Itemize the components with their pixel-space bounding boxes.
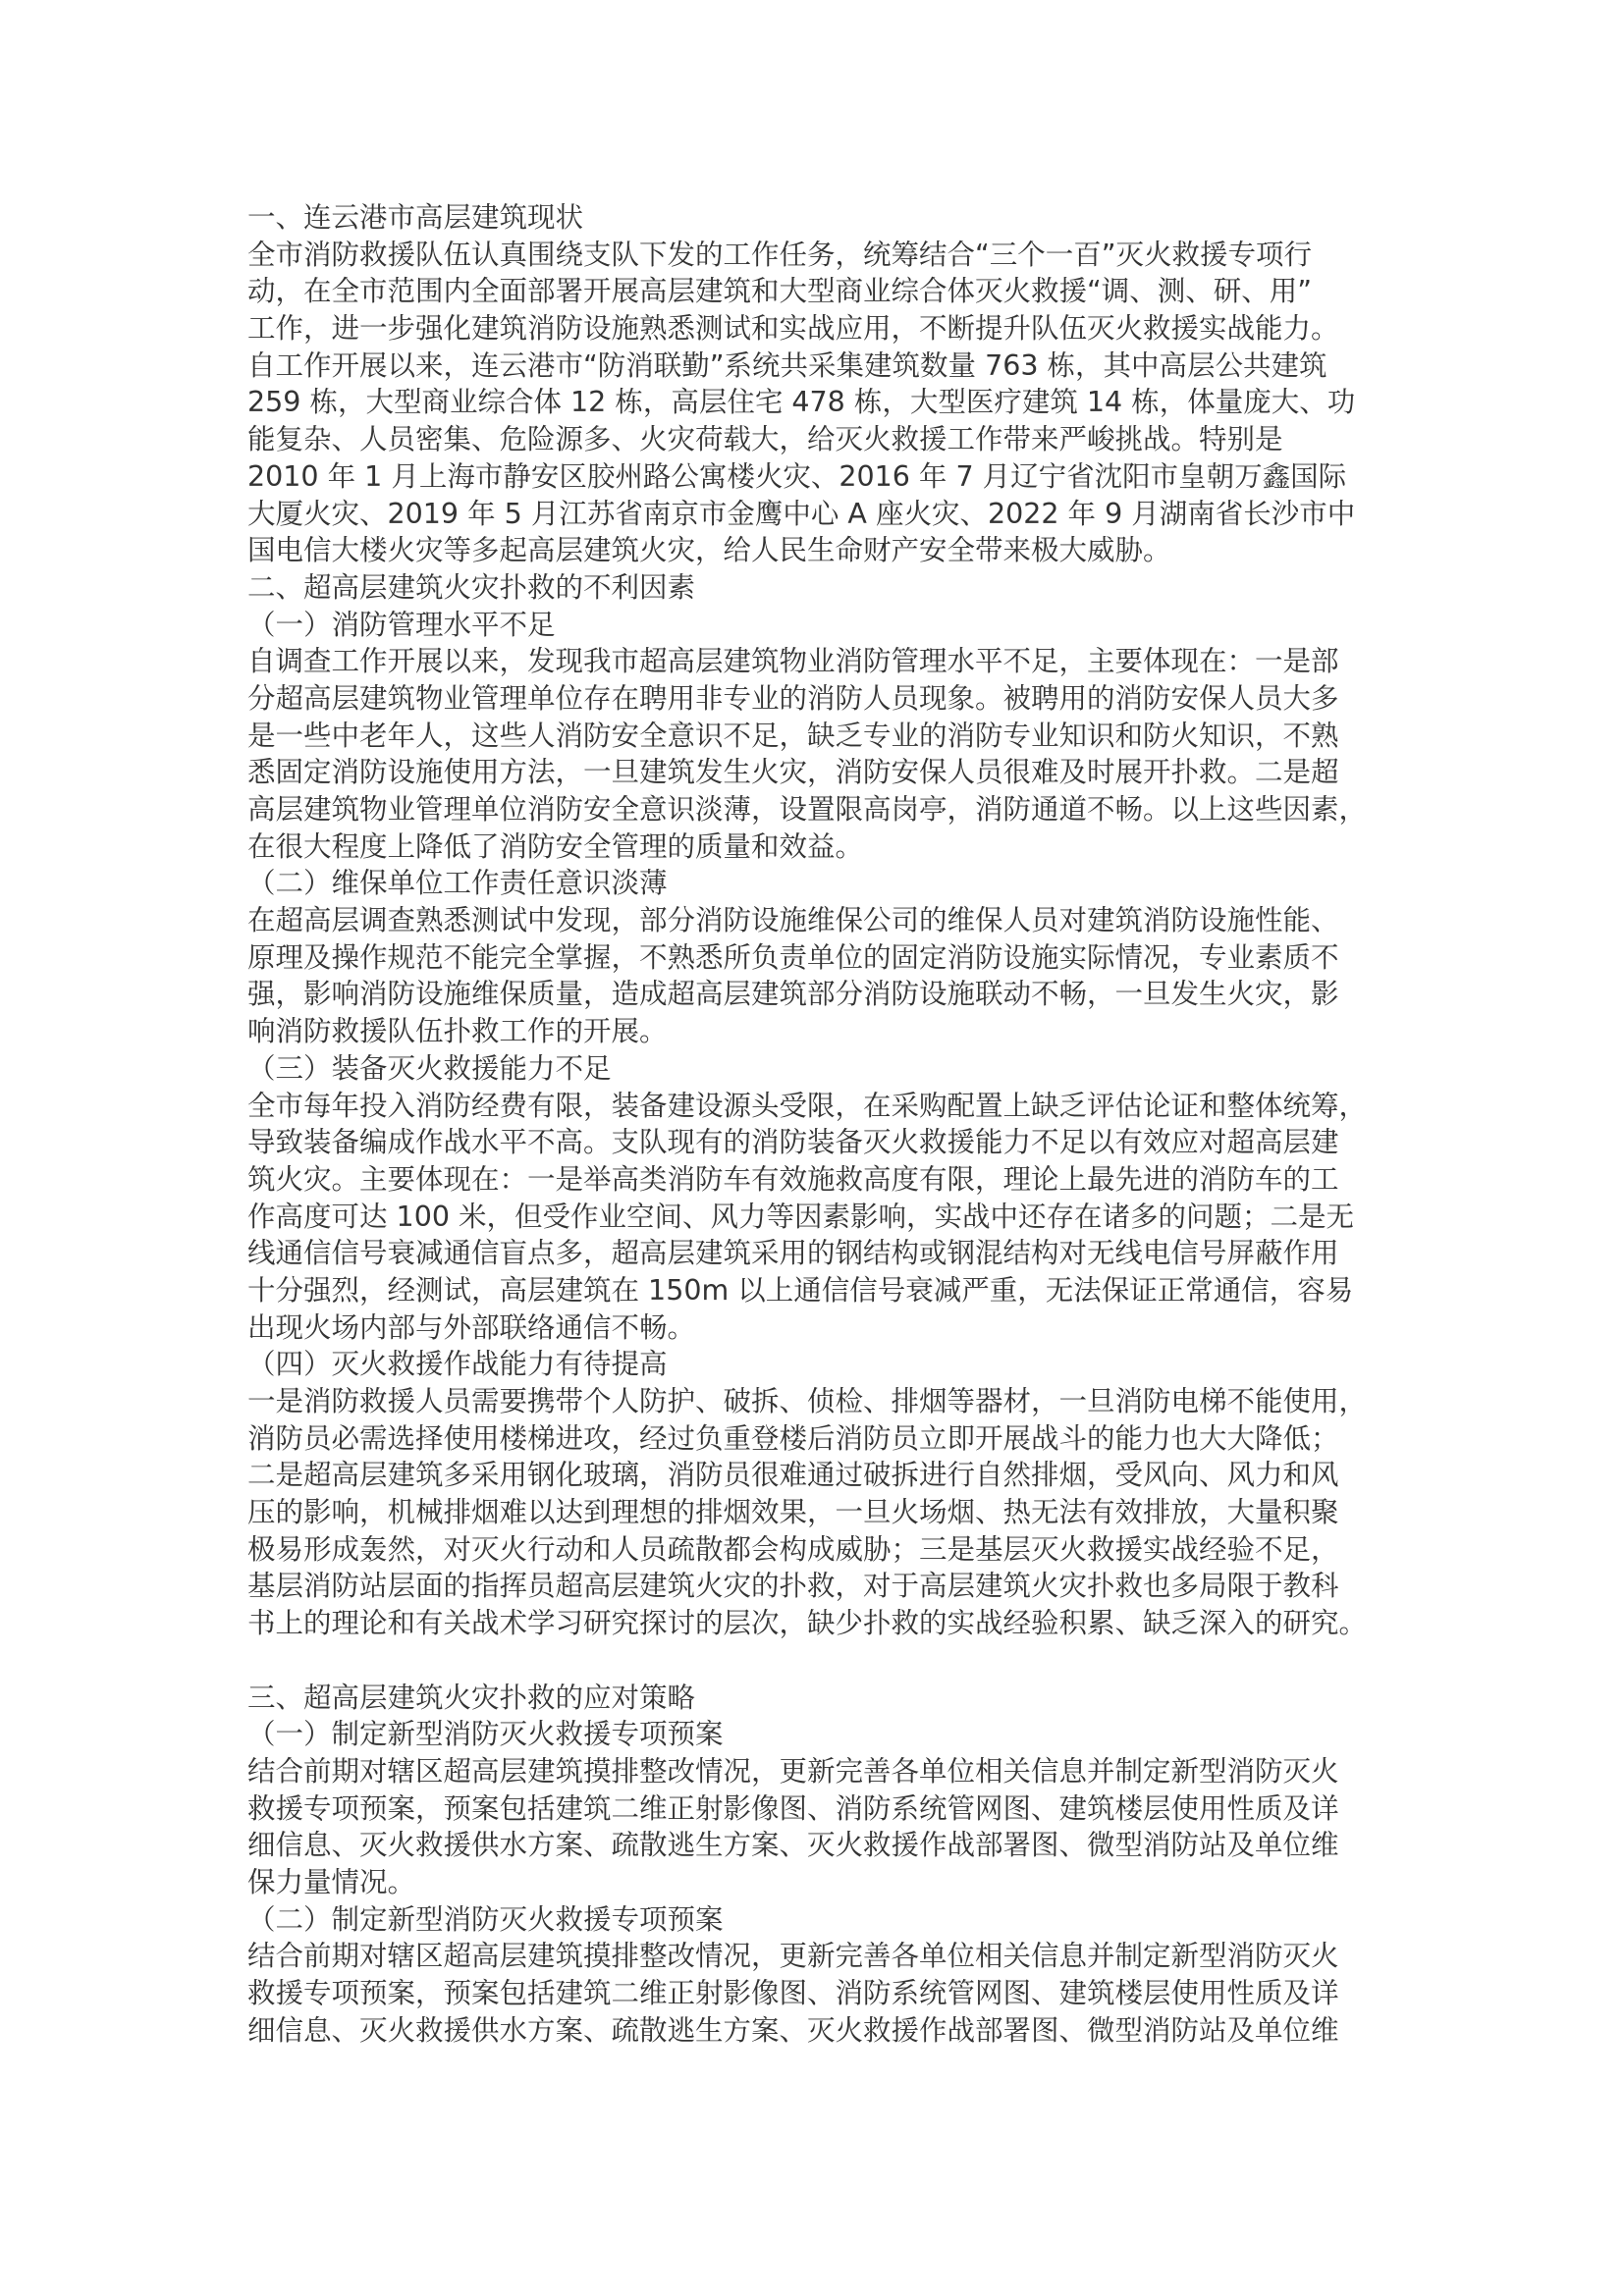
paragraph-line: 全市消防救援队伍认真围绕支队下发的工作任务，统筹结合“三个一百”灭火救援专项行 xyxy=(247,237,1372,274)
paragraph-line: 二是超高层建筑多采用钢化玻璃，消防员很难通过破拆进行自然排烟，受风向、风力和风 xyxy=(247,1457,1372,1494)
paragraph-line: 作高度可达 100 米，但受作业空间、风力等因素影响，实战中还存在诸多的问题；二… xyxy=(247,1199,1372,1236)
section-1: 一、连云港市高层建筑现状 全市消防救援队伍认真围绕支队下发的工作任务，统筹结合“… xyxy=(247,199,1372,569)
paragraph-line: 能复杂、人员密集、危险源多、火灾荷载大，给灭火救援工作带来严峻挑战。特别是 xyxy=(247,421,1372,458)
paragraph-line: 细信息、灭火救援供水方案、疏散逃生方案、灭火救援作战部署图、微型消防站及单位维 xyxy=(247,1827,1372,1864)
paragraph-line: 细信息、灭火救援供水方案、疏散逃生方案、灭火救援作战部署图、微型消防站及单位维 xyxy=(247,2012,1372,2050)
paragraph-line: 极易形成轰然，对灭火行动和人员疏散都会构成威胁；三是基层灭火救援实战经验不足， xyxy=(247,1531,1372,1569)
paragraph-line: 高层建筑物业管理单位消防安全意识淡薄，设置限高岗亭，消防通道不畅。以上这些因素， xyxy=(247,791,1372,828)
paragraph-line: 基层消防站层面的指挥员超高层建筑火灾的扑救，对于高层建筑火灾扑救也多局限于教科 xyxy=(247,1568,1372,1605)
paragraph-line: 动，在全市范围内全面部署开展高层建筑和大型商业综合体灭火救援“调、测、研、用” xyxy=(247,273,1372,310)
subsection-heading: （二）制定新型消防灭火救援专项预案 xyxy=(247,1901,1372,1939)
subsection-3-1: （一）制定新型消防灭火救援专项预案 结合前期对辖区超高层建筑摸排整改情况，更新完… xyxy=(247,1716,1372,1900)
paragraph-line: 全市每年投入消防经费有限，装备建设源头受限，在采购配置上缺乏评估论证和整体统筹， xyxy=(247,1088,1372,1125)
paragraph-line: 原理及操作规范不能完全掌握，不熟悉所负责单位的固定消防设施实际情况，专业素质不 xyxy=(247,939,1372,977)
paragraph-line: 压的影响，机械排烟难以达到理想的排烟效果，一旦火场烟、热无法有效排放，大量积聚 xyxy=(247,1494,1372,1531)
paragraph-line: 工作，进一步强化建筑消防设施熟悉测试和实战应用，不断提升队伍灭火救援实战能力。 xyxy=(247,310,1372,347)
section-heading: 一、连云港市高层建筑现状 xyxy=(247,199,1372,237)
paragraph-line: 十分强烈，经测试，高层建筑在 150m 以上通信信号衰减严重，无法保证正常通信，… xyxy=(247,1272,1372,1309)
subsection-heading: （一）制定新型消防灭火救援专项预案 xyxy=(247,1716,1372,1753)
section-heading: 二、超高层建筑火灾扑救的不利因素 xyxy=(247,569,1372,607)
paragraph-line: 2010 年 1 月上海市静安区胶州路公寓楼火灾、2016 年 7 月辽宁省沈阳… xyxy=(247,458,1372,496)
paragraph-line: 救援专项预案，预案包括建筑二维正射影像图、消防系统管网图、建筑楼层使用性质及详 xyxy=(247,1790,1372,1828)
paragraph-line: 书上的理论和有关战术学习研究探讨的层次，缺少扑救的实战经验积累、缺乏深入的研究。 xyxy=(247,1605,1372,1642)
paragraph-line: 在很大程度上降低了消防安全管理的质量和效益。 xyxy=(247,828,1372,866)
paragraph-line: 保力量情况。 xyxy=(247,1864,1372,1901)
subsection-heading: （一）消防管理水平不足 xyxy=(247,607,1372,644)
section-3: 三、超高层建筑火灾扑救的应对策略 （一）制定新型消防灭火救援专项预案 结合前期对… xyxy=(247,1680,1372,2050)
section-heading: 三、超高层建筑火灾扑救的应对策略 xyxy=(247,1680,1372,1717)
paragraph-line: 响消防救援队伍扑救工作的开展。 xyxy=(247,1013,1372,1050)
paragraph-line: 筑火灾。主要体现在：一是举高类消防车有效施救高度有限，理论上最先进的消防车的工 xyxy=(247,1161,1372,1199)
subsection-3-2: （二）制定新型消防灭火救援专项预案 结合前期对辖区超高层建筑摸排整改情况，更新完… xyxy=(247,1901,1372,2050)
paragraph-line: 在超高层调查熟悉测试中发现，部分消防设施维保公司的维保人员对建筑消防设施性能、 xyxy=(247,902,1372,939)
paragraph-line: 结合前期对辖区超高层建筑摸排整改情况，更新完善各单位相关信息并制定新型消防灭火 xyxy=(247,1753,1372,1790)
paragraph-line: 线通信信号衰减通信盲点多，超高层建筑采用的钢结构或钢混结构对无线电信号屏蔽作用 xyxy=(247,1235,1372,1272)
blank-line xyxy=(247,1642,1372,1680)
subsection-2-3: （三）装备灭火救援能力不足 全市每年投入消防经费有限，装备建设源头受限，在采购配… xyxy=(247,1050,1372,1347)
subsection-2-1: （一）消防管理水平不足 自调查工作开展以来，发现我市超高层建筑物业消防管理水平不… xyxy=(247,607,1372,866)
subsection-heading: （四）灭火救援作战能力有待提高 xyxy=(247,1346,1372,1383)
document-page: 一、连云港市高层建筑现状 全市消防救援队伍认真围绕支队下发的工作任务，统筹结合“… xyxy=(247,199,1372,2049)
paragraph-line: 259 栋，大型商业综合体 12 栋，高层住宅 478 栋，大型医疗建筑 14 … xyxy=(247,384,1372,421)
subsection-2-2: （二）维保单位工作责任意识淡薄 在超高层调查熟悉测试中发现，部分消防设施维保公司… xyxy=(247,865,1372,1049)
paragraph-line: 消防员必需选择使用楼梯进攻，经过负重登楼后消防员立即开展战斗的能力也大大降低； xyxy=(247,1420,1372,1458)
paragraph-line: 强，影响消防设施维保质量，造成超高层建筑部分消防设施联动不畅，一旦发生火灾，影 xyxy=(247,976,1372,1013)
subsection-heading: （三）装备灭火救援能力不足 xyxy=(247,1050,1372,1088)
paragraph-line: 悉固定消防设施使用方法，一旦建筑发生火灾，消防安保人员很难及时展开扑救。二是超 xyxy=(247,754,1372,791)
paragraph-line: 自调查工作开展以来，发现我市超高层建筑物业消防管理水平不足，主要体现在：一是部 xyxy=(247,643,1372,680)
paragraph-line: 是一些中老年人，这些人消防安全意识不足，缺乏专业的消防专业知识和防火知识，不熟 xyxy=(247,718,1372,755)
subsection-2-4: （四）灭火救援作战能力有待提高 一是消防救援人员需要携带个人防护、破拆、侦检、排… xyxy=(247,1346,1372,1642)
paragraph-line: 大厦火灾、2019 年 5 月江苏省南京市金鹰中心 A 座火灾、2022 年 9… xyxy=(247,496,1372,533)
paragraph-line: 救援专项预案，预案包括建筑二维正射影像图、消防系统管网图、建筑楼层使用性质及详 xyxy=(247,1975,1372,2012)
paragraph-line: 分超高层建筑物业管理单位存在聘用非专业的消防人员现象。被聘用的消防安保人员大多 xyxy=(247,680,1372,718)
paragraph-line: 自工作开展以来，连云港市“防消联勤”系统共采集建筑数量 763 栋，其中高层公共… xyxy=(247,347,1372,385)
paragraph-line: 结合前期对辖区超高层建筑摸排整改情况，更新完善各单位相关信息并制定新型消防灭火 xyxy=(247,1938,1372,1975)
paragraph-line: 国电信大楼火灾等多起高层建筑火灾，给人民生命财产安全带来极大威胁。 xyxy=(247,532,1372,569)
paragraph-line: 出现火场内部与外部联络通信不畅。 xyxy=(247,1309,1372,1347)
paragraph-line: 一是消防救援人员需要携带个人防护、破拆、侦检、排烟等器材，一旦消防电梯不能使用， xyxy=(247,1383,1372,1420)
subsection-heading: （二）维保单位工作责任意识淡薄 xyxy=(247,865,1372,902)
section-2: 二、超高层建筑火灾扑救的不利因素 （一）消防管理水平不足 自调查工作开展以来，发… xyxy=(247,569,1372,1642)
paragraph-line: 导致装备编成作战水平不高。支队现有的消防装备灭火救援能力不足以有效应对超高层建 xyxy=(247,1124,1372,1161)
